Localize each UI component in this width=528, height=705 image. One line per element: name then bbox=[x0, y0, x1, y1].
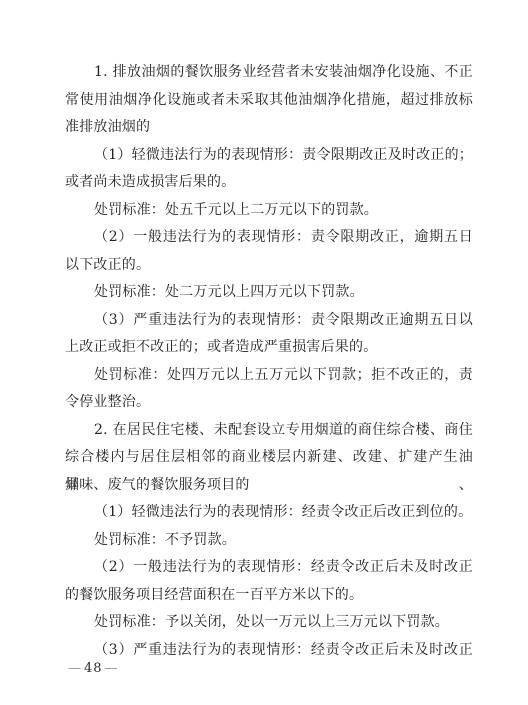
page-number: —48— bbox=[68, 660, 119, 678]
text-line: 上改正或拒不改正的；或者造成严重损害后果的。 bbox=[65, 334, 473, 362]
text-line: 处罚标准：不予罚款。 bbox=[65, 527, 473, 555]
text-line: 处罚标准：处五千元以上二万元以下的罚款。 bbox=[65, 197, 473, 225]
text-line: 准排放油烟的 bbox=[65, 114, 473, 142]
text-line: （3）严重违法行为的表现情形：责令限期改正逾期五日以 bbox=[65, 307, 473, 335]
text-line: 处罚标准：予以关闭，处以一万元以上三万元以下罚款。 bbox=[65, 609, 473, 637]
text-line: 常使用油烟净化设施或者未采取其他油烟净化措施，超过排放标 bbox=[65, 87, 473, 115]
body-text: 1. 排放油烟的餐饮服务业经营者未安装油烟净化设施、不正 常使用油烟净化设施或者… bbox=[65, 59, 473, 664]
text-line: 处罚标准：处四万元以上五万元以下罚款；拒不改正的，责 bbox=[65, 362, 473, 390]
text-line: 或者尚未造成损害后果的。 bbox=[65, 169, 473, 197]
document-page: 1. 排放油烟的餐饮服务业经营者未安装油烟净化设施、不正 常使用油烟净化设施或者… bbox=[0, 0, 528, 705]
text-line: 综合楼内与居住层相邻的商业楼层内新建、改建、扩建产生油烟、 bbox=[65, 444, 473, 472]
text-line: 处罚标准：处二万元以上四万元以下罚款。 bbox=[65, 279, 473, 307]
page-number-dash-left: — bbox=[68, 661, 82, 676]
text-line: （2）一般违法行为的表现情形：责令限期改正，逾期五日 bbox=[65, 224, 473, 252]
text-line: 2. 在居民住宅楼、未配套设立专用烟道的商住综合楼、商住 bbox=[65, 417, 473, 445]
text-line: （1）轻微违法行为的表现情形：经责令改正后改正到位的。 bbox=[65, 499, 473, 527]
text-line: （2）一般违法行为的表现情形：经责令改正后未及时改正 bbox=[65, 554, 473, 582]
text-line: 以下改正的。 bbox=[65, 252, 473, 280]
text-line: 的餐饮服务项目经营面积在一百平方米以下的。 bbox=[65, 582, 473, 610]
page-number-value: 48 bbox=[82, 661, 105, 676]
text-line: 1. 排放油烟的餐饮服务业经营者未安装油烟净化设施、不正 bbox=[65, 59, 473, 87]
text-line: （3）严重违法行为的表现情形：经责令改正后未及时改正 bbox=[65, 637, 473, 665]
page-number-dash-right: — bbox=[105, 661, 119, 676]
text-line: 令停业整治。 bbox=[65, 389, 473, 417]
text-line: （1）轻微违法行为的表现情形：责令限期改正及时改正的； bbox=[65, 142, 473, 170]
